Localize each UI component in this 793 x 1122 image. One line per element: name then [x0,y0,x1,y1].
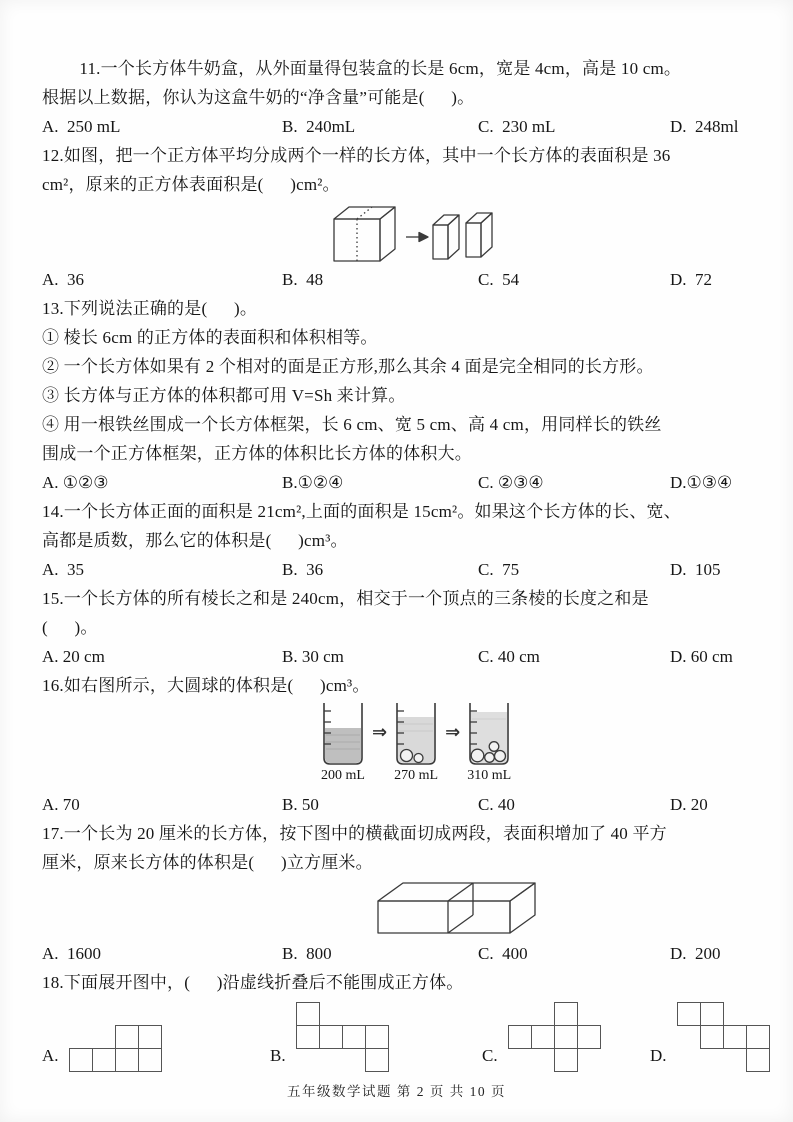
q13-option-b: B.①②④ [282,468,478,497]
page-footer: 五年级数学试题 第 2 页 共 10 页 [0,1080,793,1100]
small-ball [414,754,423,763]
q12-option-d: D. 72 [670,265,755,294]
beaker-figure: 200 mL ⇒ 270 mL ⇒ [318,702,755,788]
q14-option-c: C. 75 [478,555,670,584]
page-content: 11.一个长方体牛奶盒，从外面量得包装盒的长是 6cm，宽是 4cm，高是 10… [0,0,793,1073]
question-12: 12.如图，把一个正方体平均分成两个一样的长方体，其中一个长方体的表面积是 36… [42,141,755,294]
cross-section-plane [448,883,473,933]
net-c-drawing [508,1002,602,1073]
large-ball [471,749,484,762]
question-17: 17.一个长为 20 厘米的长方体，按下图中的横截面切成两段，表面积增加了 40… [42,819,755,968]
q16-option-d: D. 20 [670,790,755,819]
q11-option-b: B. 240mL [282,112,478,141]
q13-option-a: A. ①②③ [42,468,282,497]
double-arrow-icon: ⇒ [445,722,460,743]
small-ball [489,742,499,752]
beaker-2-drawing [391,702,441,766]
q14-option-d: D. 105 [670,555,755,584]
cuboid-cut-figure [372,879,755,937]
question-13: 13.下列说法正确的是( )。 ① 棱长 6cm 的正方体的表面积和体积相等。 … [42,294,755,497]
q17-option-d: D. 200 [670,939,755,968]
q14-line2: 高都是质数，那么它的体积是( )cm³。 [42,526,755,555]
q16-line1: 16.如右图所示，大圆球的体积是( )cm³。 [42,671,755,700]
cuboid-cut-drawing [372,879,557,935]
net-d-label: D. [650,1046,667,1073]
q13-statement-1: ① 棱长 6cm 的正方体的表面积和体积相等。 [42,323,755,352]
q11-option-c: C. 230 mL [478,112,670,141]
q13-option-d: D.①③④ [670,468,755,497]
cube-split-diagram [320,201,525,263]
q13-line1: 13.下列说法正确的是( )。 [42,294,755,323]
q15-option-a: A. 20 cm [42,642,282,671]
beaker-1-volume-label: 200 mL [321,767,365,785]
small-ball [495,751,506,762]
q16-option-a: A. 70 [42,790,282,819]
q12-option-b: B. 48 [282,265,478,294]
small-ball [401,750,413,762]
cube-net-c: C. [482,1002,650,1073]
q15-line1: 15.一个长方体的所有棱长之和是 240cm，相交于一个顶点的三条棱的长度之和是 [42,584,755,613]
q16-option-b: B. 50 [282,790,478,819]
beaker-3-volume-label: 310 mL [467,767,511,785]
q18-net-choices: A. B. C. [42,1000,755,1073]
q17-line1: 17.一个长为 20 厘米的长方体，按下图中的横截面切成两段，表面积增加了 40… [42,819,755,848]
q11-options: A. 250 mL B. 240mL C. 230 mL D. 248ml [42,112,755,141]
q12-line1: 12.如图，把一个正方体平均分成两个一样的长方体，其中一个长方体的表面积是 36 [42,141,755,170]
cube-net-d: D. [650,1002,771,1073]
q13-statement-4b: 围成一个正方体框架，正方体的体积比长方体的体积大。 [42,439,755,468]
beaker-1-drawing [318,702,368,766]
q11-line2: 根据以上数据，你认为这盒牛奶的“净含量”可能是( )。 [42,83,755,112]
q17-option-a: A. 1600 [42,939,282,968]
q15-line2: ( )。 [42,613,755,642]
small-ball [485,753,495,763]
question-11: 11.一个长方体牛奶盒，从外面量得包装盒的长是 6cm，宽是 4cm，高是 10… [42,54,755,141]
double-arrow-icon: ⇒ [372,722,387,743]
q12-option-c: C. 54 [478,265,670,294]
net-d-drawing [677,1002,771,1073]
q12-options: A. 36 B. 48 C. 54 D. 72 [42,265,755,294]
cube-net-b: B. [270,1002,482,1073]
q12-option-a: A. 36 [42,265,282,294]
q12-line2: cm²，原来的正方体表面积是( )cm²。 [42,170,755,199]
beaker-1: 200 mL [318,702,368,785]
q14-options: A. 35 B. 36 C. 75 D. 105 [42,555,755,584]
q13-options: A. ①②③ B.①②④ C. ②③④ D.①③④ [42,468,755,497]
right-arrow-icon [406,233,428,242]
q11-line1: 11.一个长方体牛奶盒，从外面量得包装盒的长是 6cm，宽是 4cm，高是 10… [42,54,755,83]
q13-statement-4a: ④ 用一根铁丝围成一个长方体框架，长 6 cm、宽 5 cm、高 4 cm，用同… [42,410,755,439]
q17-option-c: C. 400 [478,939,670,968]
q15-option-d: D. 60 cm [670,642,755,671]
test-paper-page: 11.一个长方体牛奶盒，从外面量得包装盒的长是 6cm，宽是 4cm，高是 10… [0,0,793,1122]
q17-line2: 厘米，原来长方体的体积是( )立方厘米。 [42,848,755,877]
net-a-label: A. [42,1046,59,1073]
beaker-3-drawing [464,702,514,766]
beaker-3: 310 mL [464,702,514,785]
q16-options: A. 70 B. 50 C. 40 D. 20 [42,790,755,819]
q11-option-d: D. 248ml [670,112,755,141]
net-b-label: B. [270,1046,286,1073]
beaker-2: 270 mL [391,702,441,785]
q13-statement-3: ③ 长方体与正方体的体积都可用 V=Sh 来计算。 [42,381,755,410]
q14-option-b: B. 36 [282,555,478,584]
question-15: 15.一个长方体的所有棱长之和是 240cm，相交于一个顶点的三条棱的长度之和是… [42,584,755,671]
q15-option-c: C. 40 cm [478,642,670,671]
question-16: 16.如右图所示，大圆球的体积是( )cm³。 200 mL ⇒ [42,671,755,819]
q13-option-c: C. ②③④ [478,468,670,497]
net-a-drawing [69,1025,163,1073]
q13-statement-2: ② 一个长方体如果有 2 个相对的面是正方形,那么其余 4 面是完全相同的长方形… [42,352,755,381]
q16-option-c: C. 40 [478,790,670,819]
net-b-drawing [296,1002,390,1073]
q18-line1: 18.下面展开图中，( )沿虚线折叠后不能围成正方体。 [42,968,755,997]
q17-option-b: B. 800 [282,939,478,968]
q17-options: A. 1600 B. 800 C. 400 D. 200 [42,939,755,968]
net-c-label: C. [482,1046,498,1073]
q14-option-a: A. 35 [42,555,282,584]
q15-options: A. 20 cm B. 30 cm C. 40 cm D. 60 cm [42,642,755,671]
beaker-2-volume-label: 270 mL [394,767,438,785]
q11-option-a: A. 250 mL [42,112,282,141]
question-14: 14.一个长方体正面的面积是 21cm²,上面的面积是 15cm²。如果这个长方… [42,497,755,584]
cube-split-figure [320,201,755,263]
q14-line1: 14.一个长方体正面的面积是 21cm²,上面的面积是 15cm²。如果这个长方… [42,497,755,526]
q15-option-b: B. 30 cm [282,642,478,671]
question-18: 18.下面展开图中，( )沿虚线折叠后不能围成正方体。 A. B. [42,968,755,1073]
cube-net-a: A. [42,1025,270,1073]
